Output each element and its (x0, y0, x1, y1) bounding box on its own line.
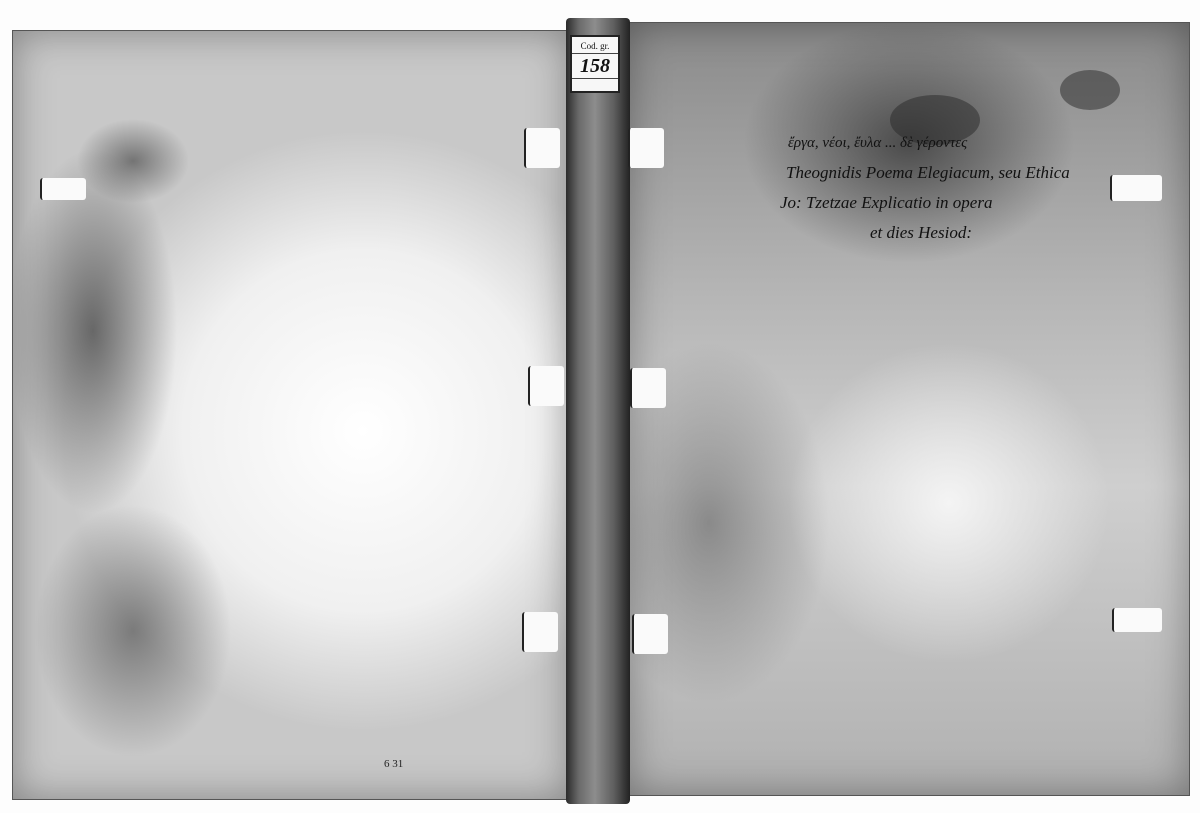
shelfmark-collection: Cod. gr. (572, 41, 618, 51)
inscription-line: et dies Hesiod: (870, 218, 1120, 248)
book-binding-photo: Cod. gr. 158 ἔργα, νέοι, ἔυλα ... δὲ γέρ… (0, 0, 1200, 813)
tie-mark (632, 614, 668, 654)
inscription-line: ἔργα, νέοι, ἔυλα ... δὲ γέροντες (788, 128, 1120, 158)
ink-stain (1060, 70, 1120, 110)
tie-mark (524, 128, 560, 168)
tie-mark (630, 368, 666, 408)
back-board (12, 30, 570, 800)
tie-mark (40, 178, 86, 200)
inscription-line: Theognidis Poema Elegiacum, seu Ethica (786, 158, 1120, 188)
shelfmark-number: 158 (572, 53, 618, 79)
spine (566, 18, 630, 804)
inscription-line: Jo: Tzetzae Explicatio in opera (780, 188, 1120, 218)
spine-shelfmark-label: Cod. gr. 158 (570, 35, 620, 93)
back-cover-marks: 6 31 (384, 758, 403, 770)
tie-mark (1112, 608, 1162, 632)
tie-mark (522, 612, 558, 652)
tie-mark (528, 366, 564, 406)
front-cover-inscription: ἔργα, νέοι, ἔυλα ... δὲ γέροντες Theogni… (780, 128, 1120, 248)
tie-mark (628, 128, 664, 168)
